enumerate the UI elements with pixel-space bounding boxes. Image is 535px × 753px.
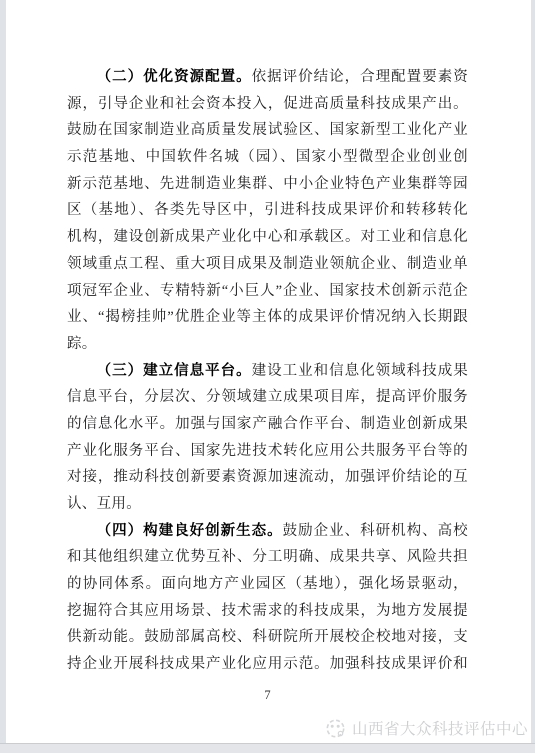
- text-line: 踪。: [67, 331, 468, 358]
- text-line: 产业化服务平台、国家先进技术转化应用公共服务平台等的: [67, 438, 468, 465]
- watermark-text: 山西省大众科技评估中心: [352, 717, 528, 739]
- text-line: 鼓励在国家制造业高质量发展试验区、国家新型工业化产业: [67, 117, 468, 144]
- text-line: 源，引导企业和社会资本投入，促进高质量科技成果产出。: [67, 91, 468, 118]
- org-logo-icon: [324, 717, 347, 740]
- text-line: 新示范基地、先进制造业集群、中小企业特色产业集群等园: [67, 171, 468, 198]
- document-body: （二）优化资源配置。依据评价结论，合理配置要素资 源，引导企业和社会资本投入，促…: [67, 64, 468, 678]
- watermark: 山西省大众科技评估中心: [324, 716, 528, 740]
- text-line: 业、“揭榜挂帅”优胜企业等主体的成果评价情况纳入长期跟: [67, 304, 468, 331]
- section-heading: （四）构建良好创新生态。: [97, 523, 283, 539]
- text-line: 示范基地、中国软件名城（园）、国家小型微型企业创业创: [67, 144, 468, 171]
- text-line: （四）构建良好创新生态。鼓励企业、科研机构、高校: [67, 518, 468, 545]
- text-line: （三）建立信息平台。建设工业和信息化领域科技成果: [67, 358, 468, 385]
- section-heading: （三）建立信息平台。: [97, 363, 252, 379]
- section-heading: （二）优化资源配置。: [97, 69, 252, 85]
- text-line: （二）优化资源配置。依据评价结论，合理配置要素资: [67, 64, 468, 91]
- text-line: 供新动能。鼓励部属高校、科研院所开展校企校地对接，支: [67, 624, 468, 651]
- text-line: 的协同体系。面向地方产业园区（基地），强化场景驱动，: [67, 571, 468, 598]
- text-line: 挖掘符合其应用场景、技术需求的科技成果，为地方发展提: [67, 598, 468, 625]
- text-line: 对接，推动科技创新要素资源加速流动，加强评价结论的互: [67, 464, 468, 491]
- text-line: 信息平台，分层次、分领域建立成果项目库，提高评价服务: [67, 384, 468, 411]
- text-line-body: 鼓励企业、科研机构、高校: [283, 523, 468, 539]
- text-line: 和其他组织建立优势互补、分工明确、成果共享、风险共担: [67, 544, 468, 571]
- page-edge-bottom: [0, 743, 535, 753]
- text-line: 区（基地）、各类先导区中，引进科技成果评价和转移转化: [67, 197, 468, 224]
- text-line-body: 建设工业和信息化领域科技成果: [252, 363, 468, 379]
- text-line: 的信息化水平。加强与国家产融合作平台、制造业创新成果: [67, 411, 468, 438]
- text-line: 领域重点工程、重大项目成果及制造业领航企业、制造业单: [67, 251, 468, 278]
- page-edge-left: [0, 0, 6, 753]
- text-line: 持企业开展科技成果产业化应用示范。加强科技成果评价和: [67, 651, 468, 678]
- text-line-body: 依据评价结论，合理配置要素资: [252, 69, 468, 85]
- text-line: 机构，建设创新成果产业化中心和承载区。对工业和信息化: [67, 224, 468, 251]
- text-line: 项冠军企业、专精特新“小巨人”企业、国家技术创新示范企: [67, 278, 468, 305]
- text-line: 认、互用。: [67, 491, 468, 518]
- page-edge-right: [531, 0, 535, 753]
- page-number: 7: [0, 688, 535, 703]
